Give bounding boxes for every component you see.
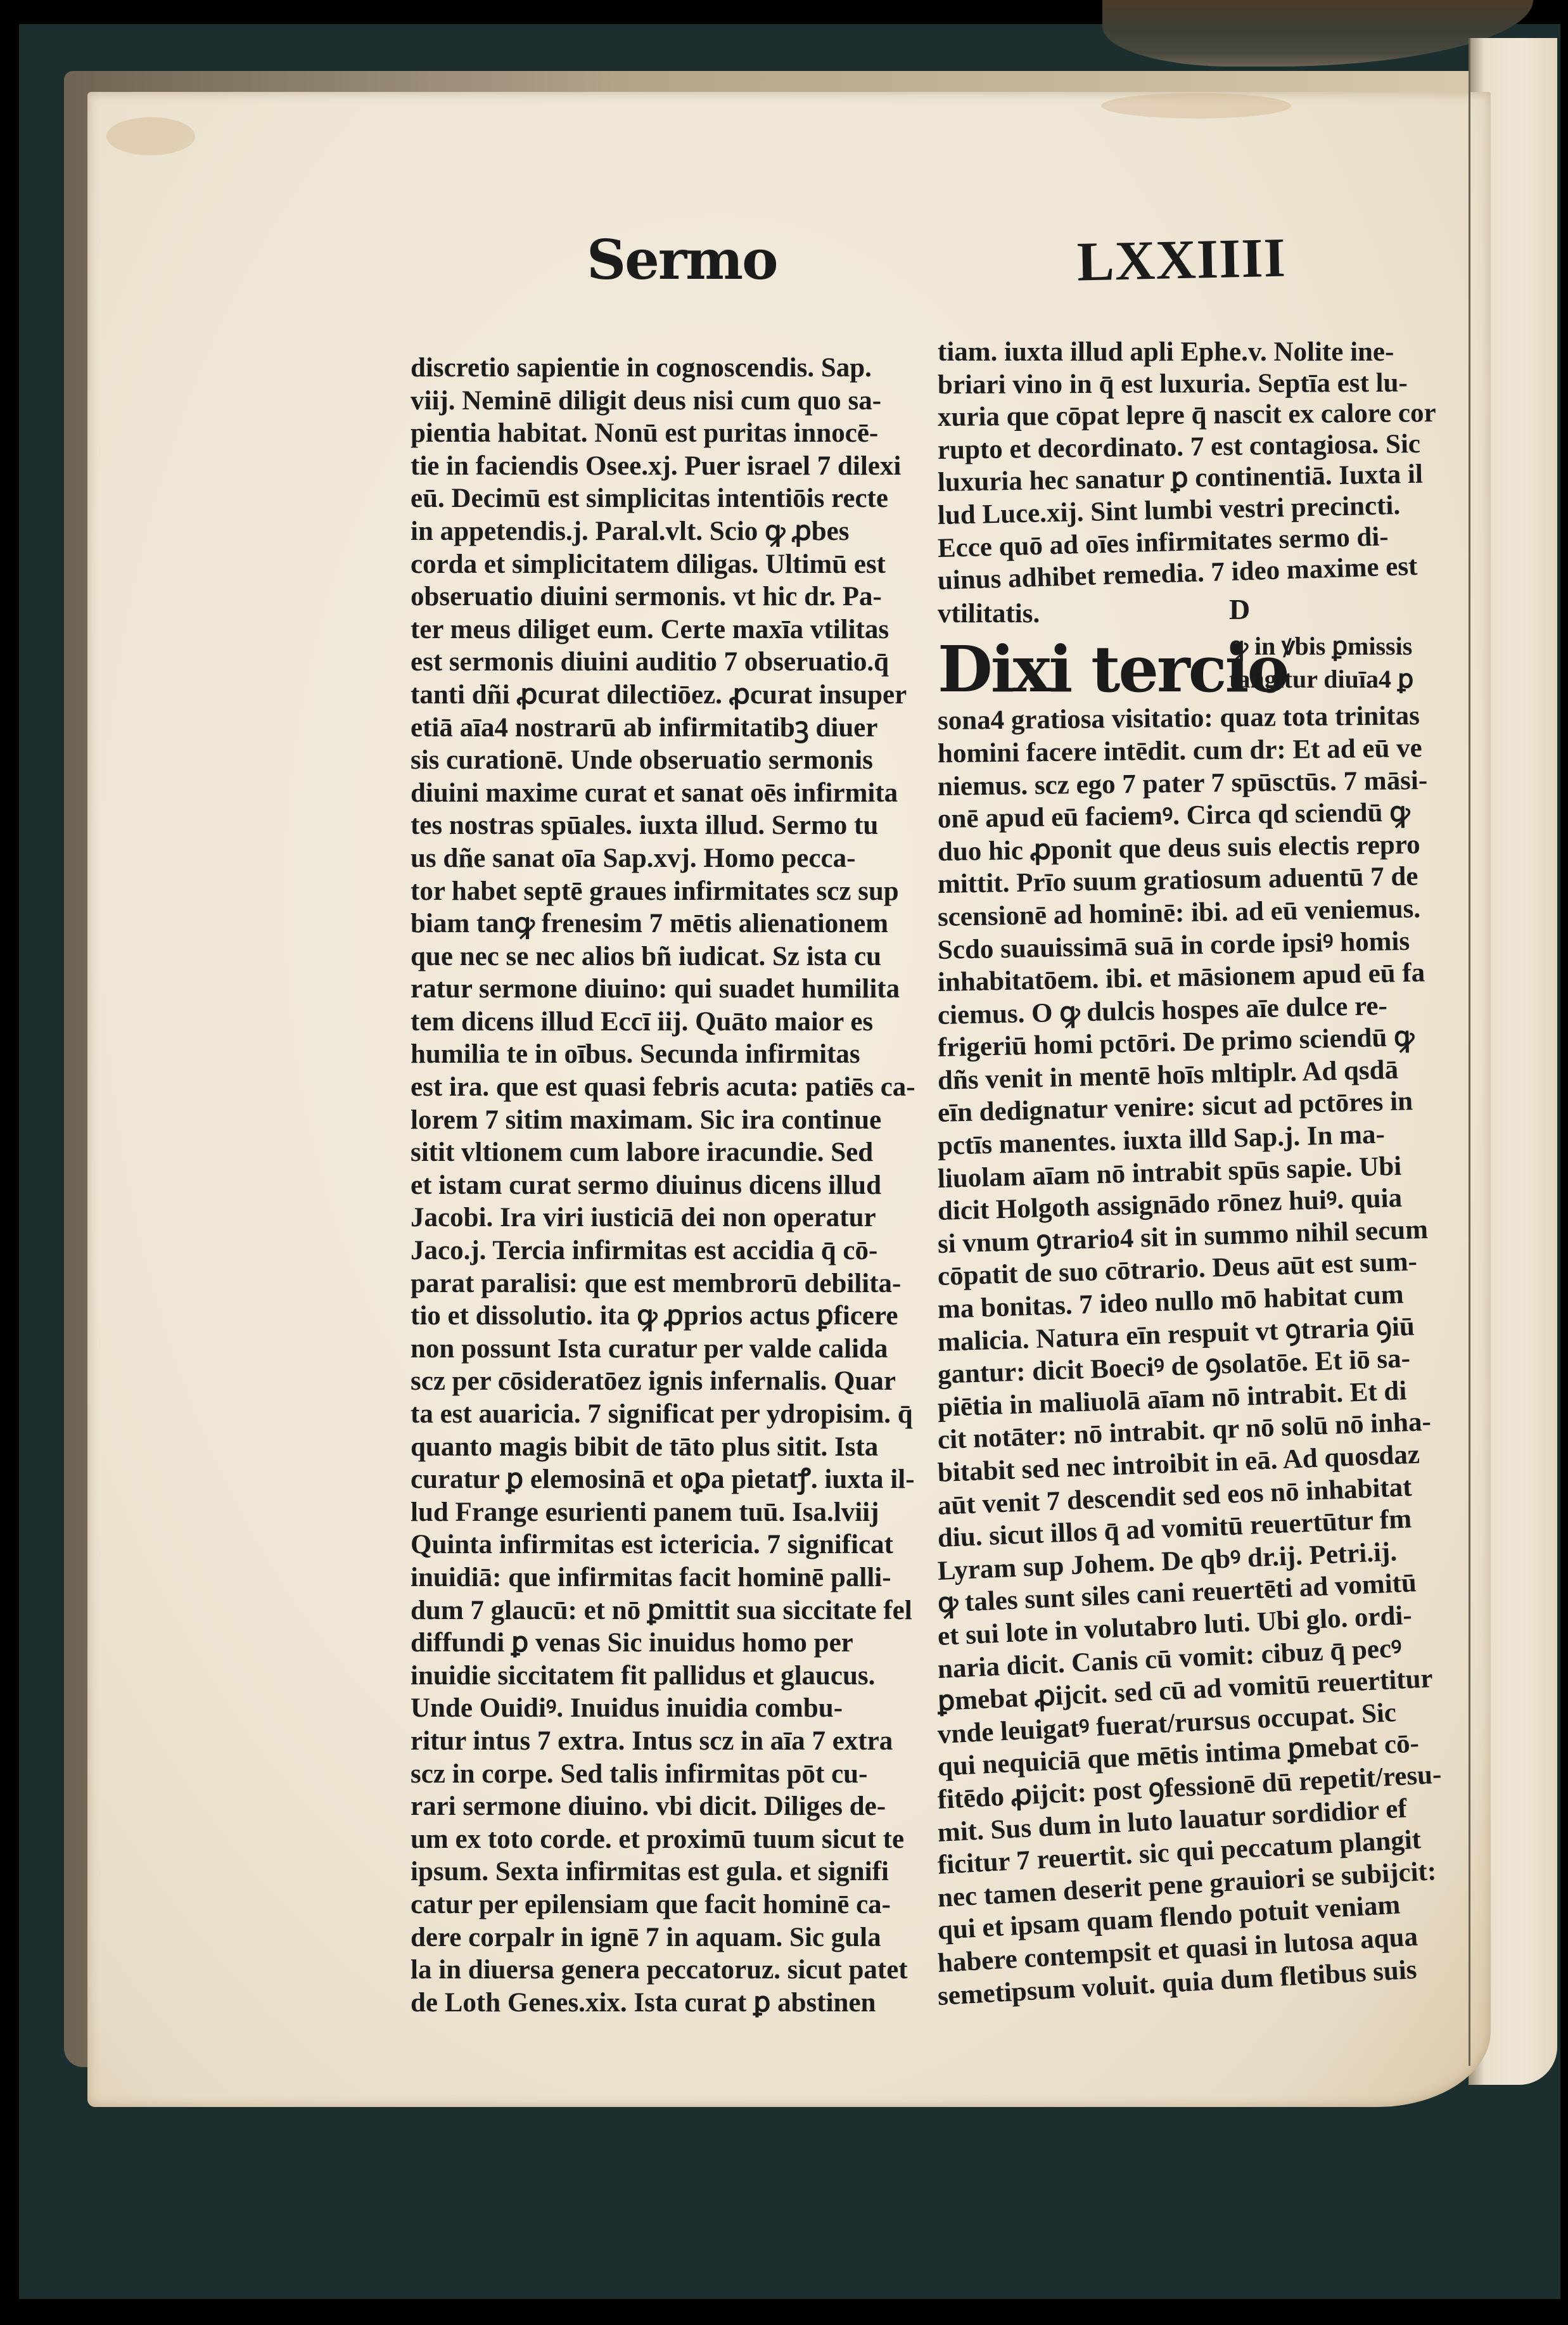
text-line: corda et simplicitatem diligas. Ultimū e… (411, 548, 955, 581)
text-line: ꝙ in ꝟbis ꝑmissis (1229, 630, 1413, 663)
text-line: um ex toto corde. et proximū tuum sicut … (411, 1823, 955, 1856)
initial-side-text: ꝙ in ꝟbis ꝑmissistangitur diuīa4 ꝑ (1229, 630, 1413, 695)
text-line: biam tanꝙ frenesim 7 mētis alienationem (411, 907, 955, 940)
text-line: obseruatio diuini sermonis. vt hic dr. P… (411, 580, 955, 613)
folio-number: LXXIIII (1076, 226, 1287, 295)
text-line: discretio sapientie in cognoscendis. Sap… (411, 352, 955, 385)
text-line: scz per cōsideratōez ignis infernalis. Q… (411, 1365, 955, 1398)
text-line: ritur intus 7 extra. Intus scz in aīa 7 … (411, 1725, 955, 1758)
right-column-text-before-initial: tiam. iuxta illud apli Ephe.v. Nolite in… (938, 336, 1463, 630)
text-line: et istam curat sermo diuinus dicens illu… (411, 1169, 955, 1202)
text-line: sitit vltionem cum labore iracundie. Sed (411, 1136, 955, 1169)
text-line: quanto magis bibit de tāto plus sitit. I… (411, 1431, 955, 1464)
text-line: diffundi ꝑ venas Sic inuidus homo per (411, 1627, 955, 1660)
text-line: inuidiā: que infirmitas facit hominē pal… (411, 1561, 955, 1594)
running-title: Sermo (587, 228, 777, 292)
scan-border-left (0, 0, 19, 2325)
text-line: diuini maxime curat et sanat oēs infirmi… (411, 777, 955, 810)
text-line: Jaco.j. Tercia infirmitas est accidia q̄… (411, 1234, 955, 1267)
text-line: tanti dñi ꝓcurat dilectiōez. ꝓcurat insu… (411, 679, 955, 712)
text-line: que nec se nec alios bñ iudicat. Sz ista… (411, 940, 955, 973)
text-line: tor habet septē graues infirmitates scz … (411, 875, 955, 908)
foxing-stain (1101, 93, 1291, 118)
text-line: vtilitatis. (938, 598, 1463, 631)
text-line: ipsum. Sexta infirmitas est gula. et sig… (411, 1855, 955, 1888)
text-line: scz in corpe. Sed talis infirmitas pōt c… (411, 1758, 955, 1791)
text-line: ta est auaricia. 7 significat per ydropi… (411, 1398, 955, 1431)
text-line: humilia te in oībus. Secunda infirmitas (411, 1038, 955, 1071)
text-line: etiā aīa4 nostrarū ab infirmitatibꝫ diue… (411, 712, 955, 745)
text-line: in appetendis.j. Paral.vlt. Scio ꝙ ꝓbes (411, 515, 955, 548)
text-line: tio et dissolutio. ita ꝙ ꝓprios actus ꝑf… (411, 1300, 955, 1333)
text-line: Unde Ouidiꝰ. Inuidus inuidia combu- (411, 1692, 955, 1725)
text-line: parat paralisi: que est membrorū debilit… (411, 1267, 955, 1300)
text-line: lorem 7 sitim maximam. Sic ira continue (411, 1104, 955, 1137)
text-line: Jacobi. Ira viri iusticiā dei non operat… (411, 1201, 955, 1234)
text-line: Quinta infirmitas est ictericia. 7 signi… (411, 1528, 955, 1561)
text-line: tem dicens illud Eccī iij. Quāto maior e… (411, 1006, 955, 1039)
text-line: est ira. que est quasi febris acuta: pat… (411, 1071, 955, 1104)
text-line: tes nostras spūales. iuxta illud. Sermo … (411, 809, 955, 842)
text-line: briari vino in q̄ est luxuria. Septīa es… (938, 366, 1463, 401)
scan-border-right (1560, 0, 1568, 2325)
text-line: pientia habitat. Nonū est puritas innocē… (411, 417, 955, 450)
text-line: de Loth Genes.xix. Ista curat ꝑ abstinen (411, 1987, 955, 2020)
text-line: tangitur diuīa4 ꝑ (1229, 663, 1413, 696)
text-line: non possunt Ista curatur per valde calid… (411, 1333, 955, 1366)
text-line: dum 7 glaucū: et nō ꝑmittit sua siccitat… (411, 1594, 955, 1627)
text-line: la in diuersa genera peccatoruz. sicut p… (411, 1954, 955, 1987)
text-line: us dñe sanat oīa Sap.xvj. Homo pecca- (411, 842, 955, 875)
text-line: tiam. iuxta illud apli Ephe.v. Nolite in… (938, 336, 1463, 369)
text-line: inuidie siccitatem fit pallidus et glauc… (411, 1660, 955, 1693)
printers-guide-letter: D (1229, 593, 1250, 626)
text-line: rari sermone diuino. vbi dicit. Diliges … (411, 1790, 955, 1823)
section-initial-block: D Dixi tercio ꝙ in ꝟbis ꝑmissistangitur … (938, 630, 1463, 705)
text-line: curatur ꝑ elemosinā et oꝑa pietatꝭ. iuxt… (411, 1463, 955, 1496)
text-line: dere corpalr in ignē 7 in aquam. Sic gul… (411, 1921, 955, 1954)
right-column-text-after-initial: sona4 gratiosa visitatio: quaz tota trin… (938, 705, 1463, 2013)
text-line: sis curationē. Unde obseruatio sermonis (411, 744, 955, 777)
text-line: ratur sermone diuino: qui suadet humilit… (411, 973, 955, 1006)
text-line: est sermonis diuini auditio 7 obseruatio… (411, 646, 955, 679)
text-line: ter meus diliget eum. Certe maxīa vtilit… (411, 613, 955, 646)
gutter-fold-line (1469, 38, 1470, 2066)
text-line: viij. Neminē diligit deus nisi cum quo s… (411, 385, 955, 418)
text-column-left: discretio sapientie in cognoscendis. Sap… (411, 352, 955, 2019)
foxing-stain (106, 117, 195, 155)
text-line: lud Frange esurienti panem tuū. Isa.lvii… (411, 1496, 955, 1529)
text-line: catur per epilensiam que facit hominē ca… (411, 1888, 955, 1921)
text-line: tie in faciendis Osee.xj. Puer israel 7 … (411, 450, 955, 483)
text-column-right: tiam. iuxta illud apli Ephe.v. Nolite in… (938, 336, 1463, 2013)
text-line: eū. Decimū est simplicitas intentiōis re… (411, 482, 955, 515)
